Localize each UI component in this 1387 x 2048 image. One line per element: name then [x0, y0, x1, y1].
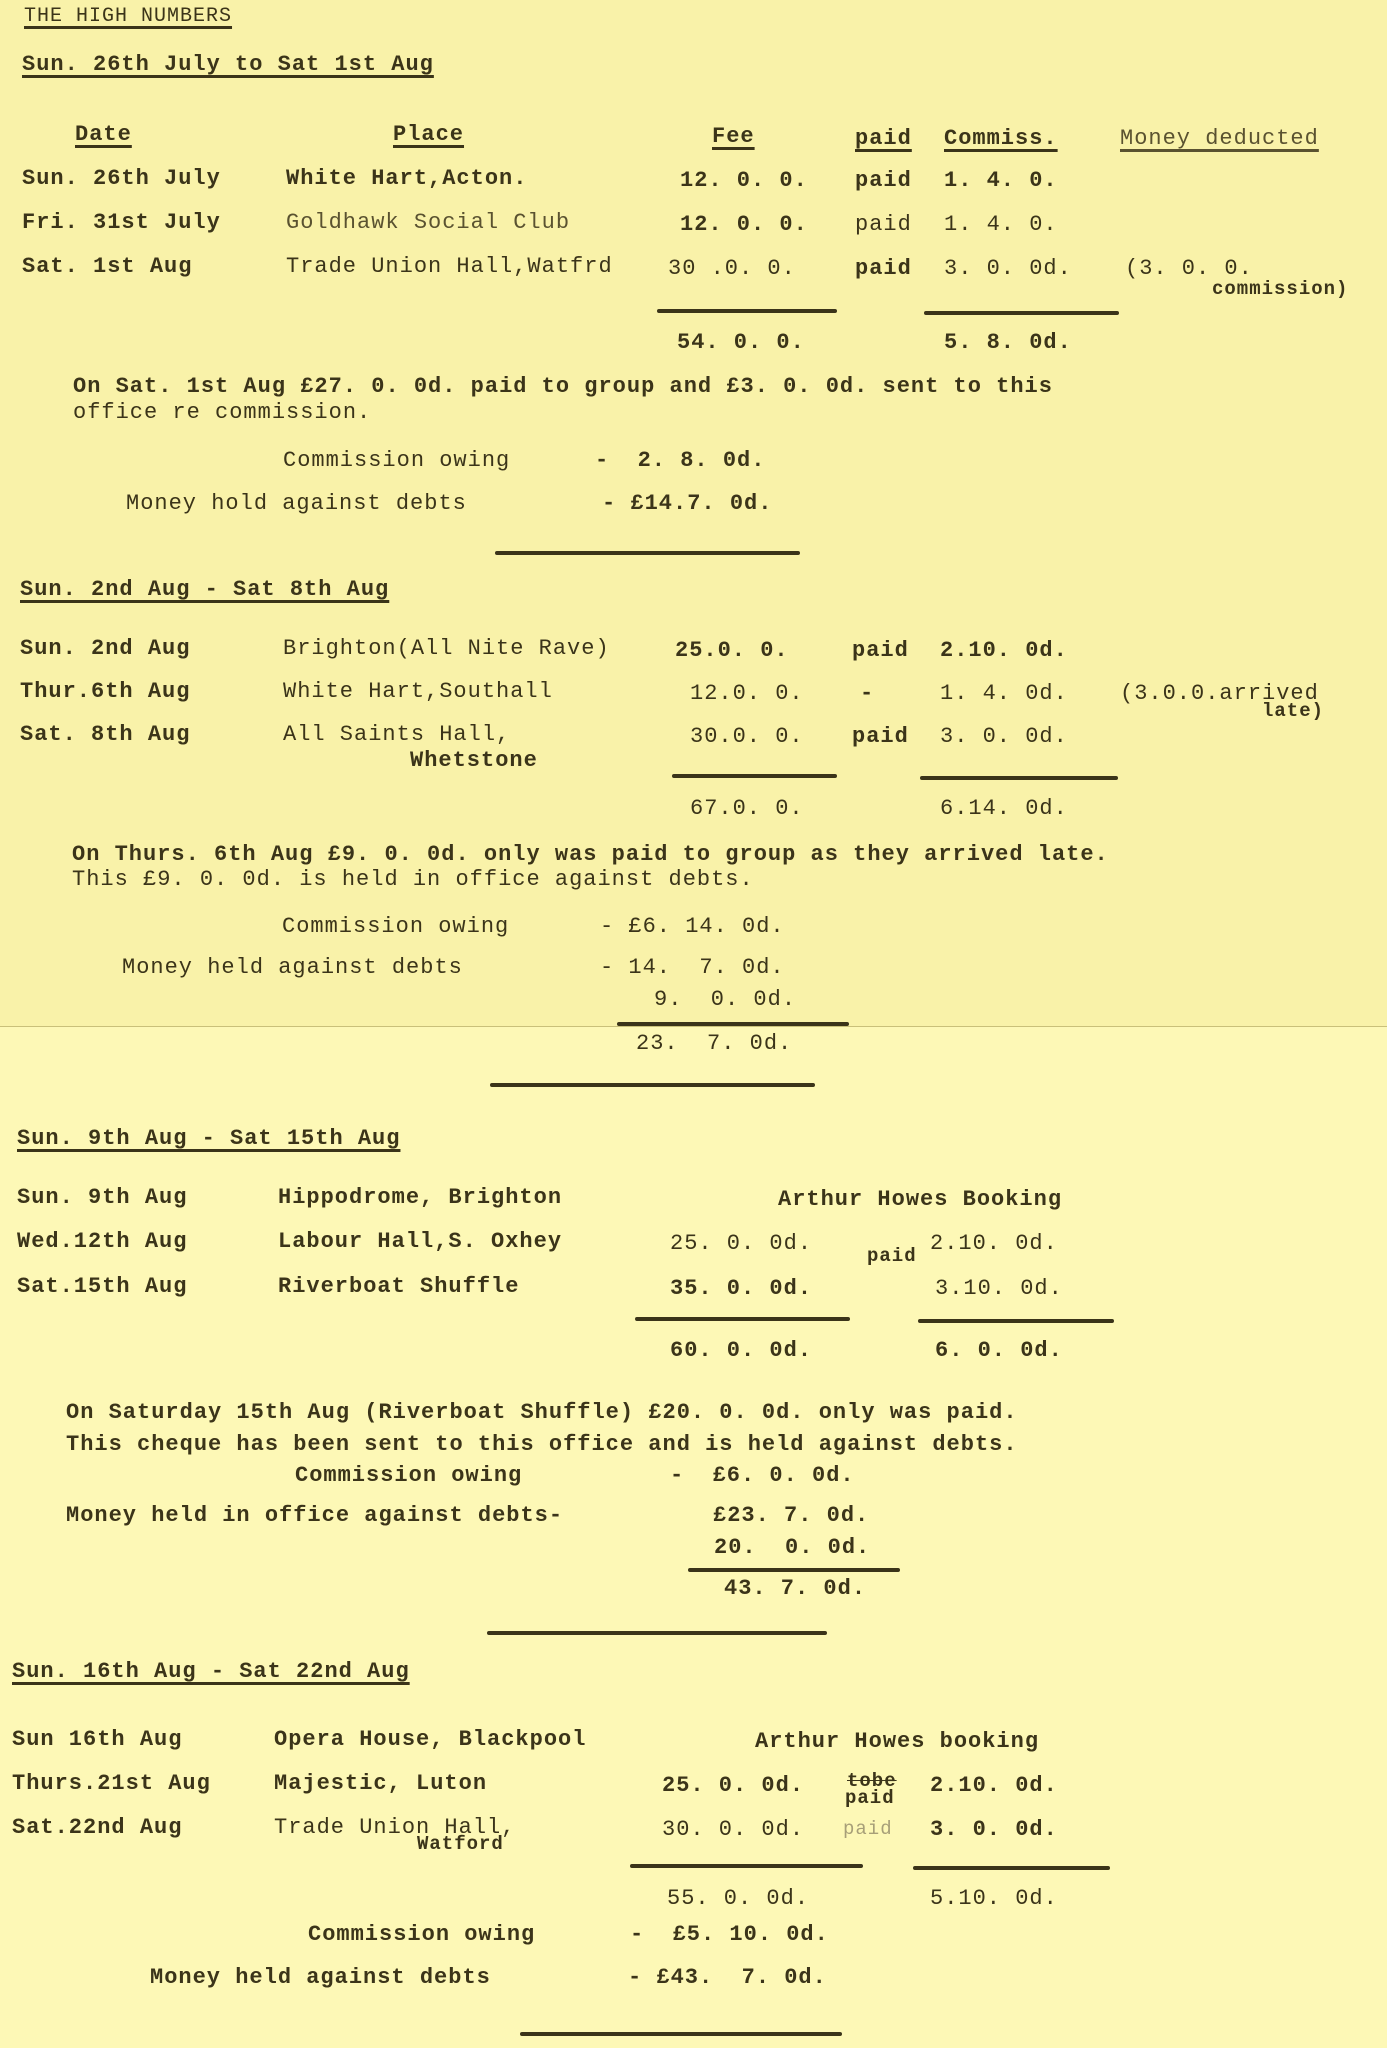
row-fee: 30.0. 0. [690, 724, 804, 750]
row-place: Labour Hall,S. Oxhey [278, 1229, 562, 1255]
row-fee: 12.0. 0. [690, 681, 804, 707]
money-held-value: - 14. 7. 0d. [600, 955, 785, 981]
row-date: Sat.22nd Aug [12, 1815, 182, 1841]
week-heading: Sun. 26th July to Sat 1st Aug [22, 52, 434, 78]
row-date: Sun. 2nd Aug [20, 636, 190, 662]
row-fee: 12. 0. 0. [680, 168, 808, 194]
row-place: All Saints Hall, [283, 722, 510, 748]
sum-line [617, 1022, 849, 1026]
row-paid: paid [867, 1247, 917, 1265]
row-fee: 30 .0. 0. [668, 256, 796, 282]
section-divider [495, 551, 800, 555]
money-held-value: - £43. 7. 0d. [628, 1965, 827, 1991]
row-commission: 3. 0. 0d. [940, 724, 1068, 750]
row-date: Sat. 1st Aug [22, 254, 192, 280]
row-fee: 25. 0. 0d. [670, 1231, 812, 1257]
row-commission: 1. 4. 0d. [940, 681, 1068, 707]
note-line: This cheque has been sent to this office… [66, 1432, 1018, 1458]
row-deducted-note: commission) [1212, 280, 1348, 298]
row-place: Hippodrome, Brighton [278, 1185, 562, 1211]
commission-owing-value: - £5. 10. 0d. [630, 1922, 829, 1948]
row-date: Wed.12th Aug [17, 1229, 187, 1255]
row-place: Goldhawk Social Club [286, 210, 570, 236]
row-booking-note: Arthur Howes Booking [778, 1187, 1062, 1213]
row-place: Riverboat Shuffle [278, 1274, 519, 1300]
note-line: On Sat. 1st Aug £27. 0. 0d. paid to grou… [73, 374, 1053, 400]
sum-line [657, 309, 837, 313]
row-paid: paid [855, 212, 912, 238]
row-fee: 12. 0. 0. [680, 212, 808, 238]
row-commission: 2.10. 0d. [930, 1773, 1058, 1799]
document-title: THE HIGH NUMBERS [24, 4, 232, 30]
total-fee: 54. 0. 0. [677, 330, 805, 356]
row-commission: 2.10. 0d. [930, 1231, 1058, 1257]
column-header-money-deducted: Money deducted [1120, 126, 1319, 152]
column-header-fee: Fee [712, 124, 755, 150]
row-date: Thur.6th Aug [20, 679, 190, 705]
row-commission: 1. 4. 0. [944, 212, 1058, 238]
total-commission: 5.10. 0d. [930, 1886, 1058, 1912]
row-place: Majestic, Luton [274, 1771, 487, 1797]
row-date: Thurs.21st Aug [12, 1771, 211, 1797]
row-commission: 3. 0. 0d. [930, 1817, 1058, 1843]
total-commission: 6. 0. 0d. [935, 1338, 1063, 1364]
row-date: Sat.15th Aug [17, 1274, 187, 1300]
money-held-value: - £14.7. 0d. [602, 491, 772, 517]
section-divider [520, 2032, 842, 2036]
row-place-line2: Watford [417, 1835, 504, 1853]
sum-line [924, 311, 1119, 315]
row-paid: paid [843, 1820, 893, 1838]
note-line: On Saturday 15th Aug (Riverboat Shuffle)… [66, 1400, 1018, 1426]
money-sum-value: 43. 7. 0d. [724, 1576, 866, 1602]
total-fee: 67.0. 0. [690, 796, 804, 822]
row-booking-note: Arthur Howes booking [755, 1729, 1039, 1755]
row-fee: 25. 0. 0d. [662, 1773, 804, 1799]
row-fee: 35. 0. 0d. [670, 1276, 812, 1302]
money-held-label: Money held against debts [122, 955, 463, 981]
money-held-value: £23. 7. 0d. [713, 1503, 869, 1529]
commission-owing-label: Commission owing [308, 1922, 535, 1948]
money-held-label: Money held in office against debts- [66, 1503, 563, 1529]
sum-line [688, 1568, 900, 1572]
commission-owing-label: Commission owing [282, 914, 509, 940]
column-header-commission: Commiss. [944, 126, 1058, 152]
commission-owing-value: - £6. 0. 0d. [670, 1463, 855, 1489]
money-held-label: Money hold against debts [126, 491, 467, 517]
column-header-place: Place [393, 122, 464, 148]
commission-owing-value: - 2. 8. 0d. [595, 448, 765, 474]
total-fee: 55. 0. 0d. [667, 1886, 809, 1912]
note-line: office re commission. [73, 400, 371, 426]
money-sum-value: 23. 7. 0d. [636, 1031, 792, 1057]
week-heading: Sun. 16th Aug - Sat 22nd Aug [12, 1659, 410, 1685]
row-commission: 3. 0. 0d. [944, 256, 1072, 282]
row-paid: paid [855, 256, 912, 282]
row-paid: paid [855, 168, 912, 194]
note-line: On Thurs. 6th Aug £9. 0. 0d. only was pa… [72, 842, 1109, 868]
sum-line [918, 1319, 1114, 1323]
row-place: Trade Union Hall,Watfrd [286, 254, 613, 280]
row-date: Sun 16th Aug [12, 1727, 182, 1753]
total-commission: 5. 8. 0d. [944, 330, 1072, 356]
row-place: White Hart,Southall [283, 679, 553, 705]
row-fee: 30. 0. 0d. [662, 1817, 804, 1843]
section-divider [490, 1083, 815, 1087]
row-commission: 2.10. 0d. [940, 638, 1068, 664]
row-paid: paid [852, 638, 909, 664]
column-header-date: Date [75, 122, 132, 148]
money-held-label: Money held against debts [150, 1965, 491, 1991]
row-paid: paid [845, 1789, 895, 1807]
sum-line [920, 776, 1118, 780]
column-header-paid: paid [855, 126, 912, 152]
row-paid: paid [852, 724, 909, 750]
row-place-line2: Whetstone [410, 748, 538, 774]
row-place: Brighton(All Nite Rave) [283, 636, 610, 662]
commission-owing-label: Commission owing [283, 448, 510, 474]
page-join-line [0, 1026, 1387, 1027]
money-added-value: 20. 0. 0d. [714, 1535, 870, 1561]
row-date: Sun. 9th Aug [17, 1185, 187, 1211]
row-place: Opera House, Blackpool [274, 1727, 586, 1753]
section-divider [487, 1631, 827, 1635]
row-date: Fri. 31st July [22, 210, 221, 236]
row-place: White Hart,Acton. [286, 166, 527, 192]
money-added-value: 9. 0. 0d. [654, 987, 796, 1013]
sum-line [630, 1864, 863, 1868]
row-commission: 1. 4. 0. [944, 168, 1058, 194]
total-fee: 60. 0. 0d. [670, 1338, 812, 1364]
note-line: This £9. 0. 0d. is held in office agains… [72, 867, 754, 893]
sum-line [672, 774, 837, 778]
week-heading: Sun. 2nd Aug - Sat 8th Aug [20, 577, 389, 603]
row-fee: 25.0. 0. [675, 638, 789, 664]
row-paid: - [860, 681, 874, 707]
commission-owing-value: - £6. 14. 0d. [600, 914, 785, 940]
row-date: Sun. 26th July [22, 166, 221, 192]
total-commission: 6.14. 0d. [940, 796, 1068, 822]
commission-owing-label: Commission owing [295, 1463, 522, 1489]
row-commission: 3.10. 0d. [935, 1276, 1063, 1302]
sum-line [635, 1317, 850, 1321]
row-date: Sat. 8th Aug [20, 722, 190, 748]
week-heading: Sun. 9th Aug - Sat 15th Aug [17, 1126, 400, 1152]
row-deducted-note: late) [1262, 702, 1324, 720]
sum-line [913, 1866, 1110, 1870]
